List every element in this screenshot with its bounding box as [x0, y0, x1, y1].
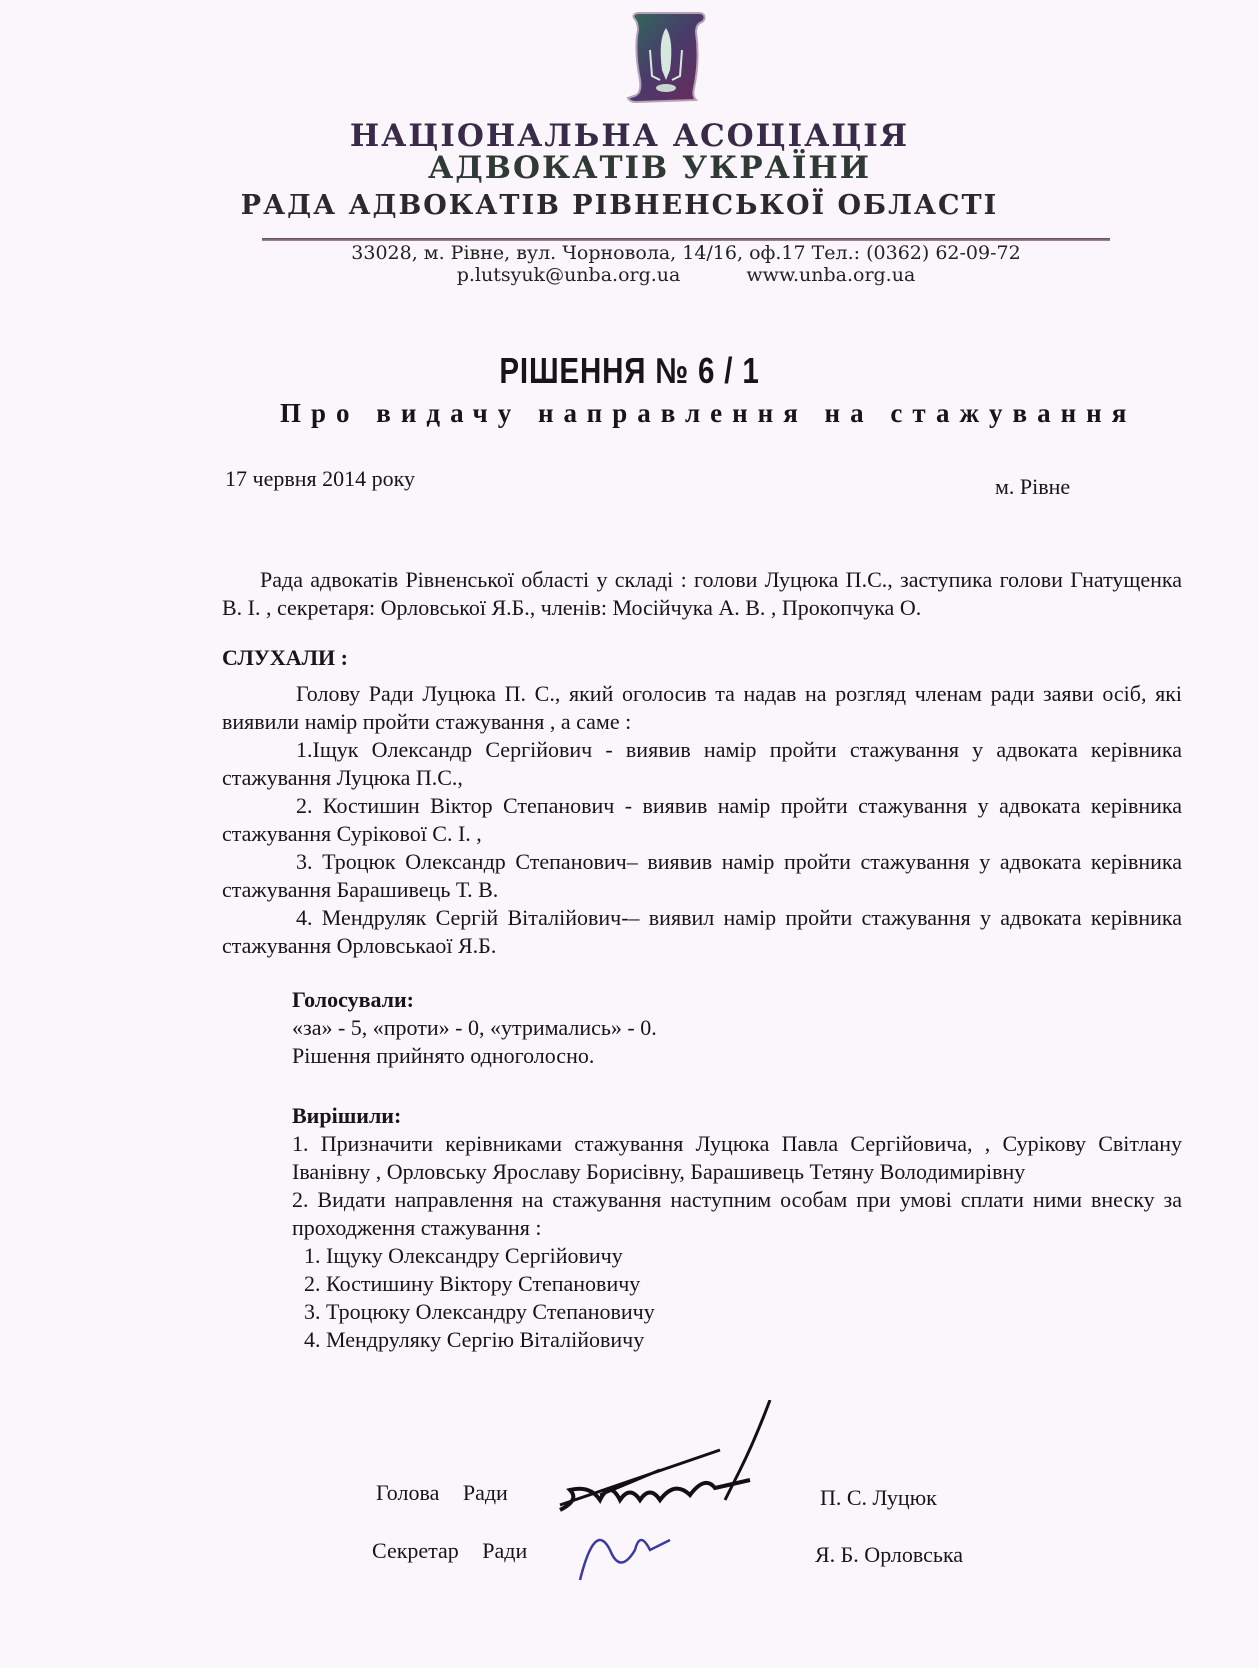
trainee-item: 2. Костишину Віктору Степановичу	[292, 1270, 1182, 1298]
org-name-line1: НАЦІОНАЛЬНА АСОЦІАЦІЯ	[0, 118, 1259, 154]
letterhead-divider	[262, 238, 1110, 241]
decision-item: 1. Призначити керівниками стажування Луц…	[292, 1130, 1182, 1186]
trainee-item: 1. Іщуку Олександру Сергійовичу	[292, 1242, 1182, 1270]
org-name-line2: АДВОКАТІВ УКРАЇНИ	[20, 150, 1259, 186]
heard-section: Голову Ради Луцюка П. С., який оголосив …	[222, 680, 1182, 960]
heard-item: 1.Іщук Олександр Сергійович - виявив нам…	[222, 736, 1182, 792]
decided-heading: Вирішили:	[292, 1102, 1182, 1130]
trainee-item: 3. Троцюку Олександру Степановичу	[292, 1298, 1182, 1326]
heard-heading: СЛУХАЛИ :	[222, 645, 348, 671]
heard-item: 4. Мендруляк Сергій Віталійович-– виявил…	[222, 904, 1182, 960]
secretary-role: Секретар Ради	[372, 1538, 527, 1564]
handwritten-signature-icon	[540, 1400, 840, 1605]
org-website: www.unba.org.ua	[746, 264, 915, 286]
chair-role: Голова Ради	[376, 1480, 508, 1506]
heard-item: 2. Костишин Віктор Степанович - виявив н…	[222, 792, 1182, 848]
secretary-name: Я. Б. Орловська	[815, 1542, 963, 1568]
document-date: 17 червня 2014 року	[225, 466, 415, 492]
heard-item: 3. Троцюк Олександр Степанович– виявив н…	[222, 848, 1182, 904]
vote-counts: «за» - 5, «проти» - 0, «утримались» - 0.	[292, 1014, 657, 1042]
document-title: РІШЕННЯ № 6 / 1	[113, 350, 1145, 392]
org-address: 33028, м. Рівне, вул. Чорновола, 14/16, …	[262, 242, 1110, 264]
org-contacts: p.lutsyuk@unba.org.ua www.unba.org.ua	[262, 264, 1110, 286]
voting-section: Голосували: «за» - 5, «проти» - 0, «утри…	[292, 986, 657, 1070]
org-email: p.lutsyuk@unba.org.ua	[457, 264, 681, 286]
trainee-item: 4. Мендруляку Сергію Віталійовичу	[292, 1326, 1182, 1354]
chair-name: П. С. Луцюк	[820, 1485, 937, 1511]
document-subtitle: Про видачу направлення на стажування	[280, 398, 1136, 429]
decision-item: 2. Видати направлення на стажування наст…	[292, 1186, 1182, 1242]
council-composition: Рада адвокатів Рівненської області у скл…	[222, 566, 1182, 622]
voted-heading: Голосували:	[292, 986, 657, 1014]
organization-logo-icon	[624, 10, 708, 106]
document-city: м. Рівне	[995, 474, 1070, 500]
org-name-line3: РАДА АДВОКАТІВ РІВНЕНСЬКОЇ ОБЛАСТІ	[0, 190, 1249, 221]
decision-section: Вирішили: 1. Призначити керівниками стаж…	[292, 1102, 1182, 1354]
vote-result: Рішення прийнято одноголосно.	[292, 1042, 657, 1070]
heard-intro: Голову Ради Луцюка П. С., який оголосив …	[222, 680, 1182, 736]
